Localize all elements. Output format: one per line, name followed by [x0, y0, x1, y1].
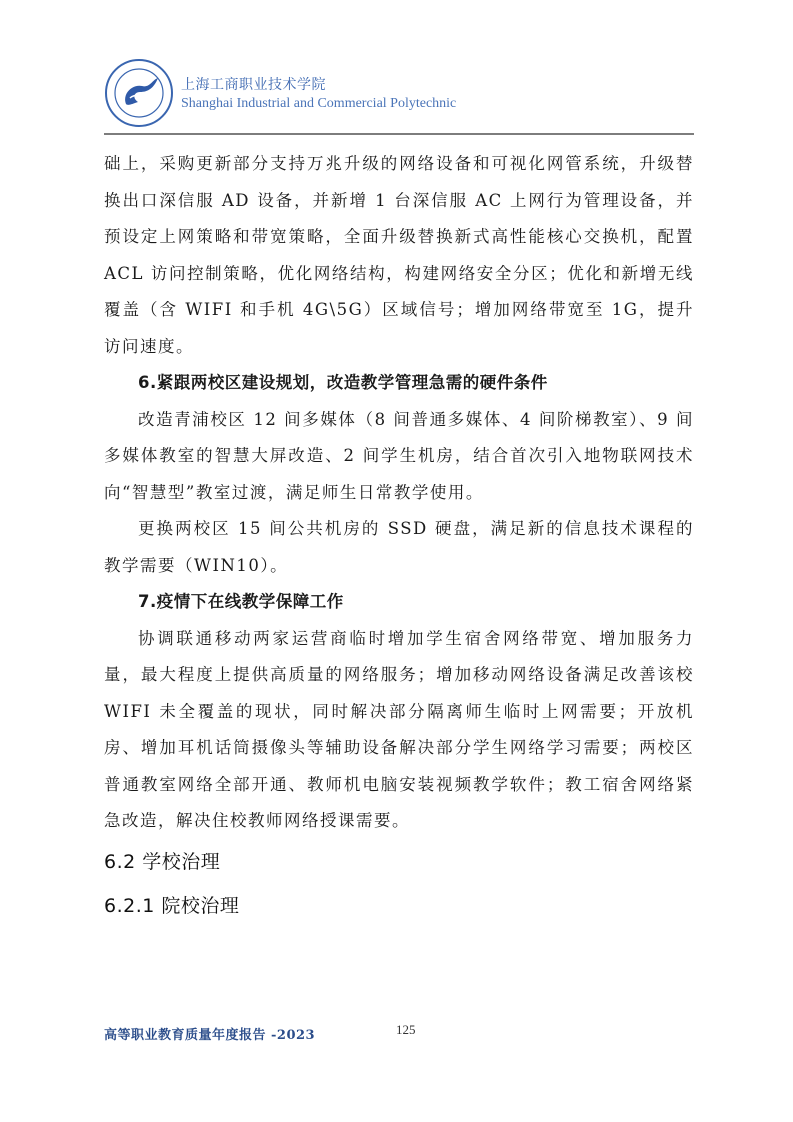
section-heading-6-2: 6.2 学校治理 [104, 840, 694, 884]
subheading-online-teaching: 7.疫情下在线教学保障工作 [104, 584, 694, 621]
school-emblem-icon [104, 58, 174, 128]
school-name-cn: 上海工商职业技术学院 [181, 74, 326, 94]
page-number: 125 [396, 1022, 416, 1038]
paragraph-ssd-replacement: 更换两校区 15 间公共机房的 SSD 硬盘，满足新的信息技术课程的教学需要（W… [104, 511, 694, 584]
footer-report-title: 高等职业教育质量年度报告 -2023 [104, 1024, 315, 1043]
paragraph-network-upgrade: 础上，采购更新部分支持万兆升级的网络设备和可视化网管系统，升级替换出口深信服 A… [104, 146, 694, 365]
section-heading-6-2-1: 6.2.1 院校治理 [104, 884, 694, 928]
paragraph-online-support: 协调联通移动两家运营商临时增加学生宿舍网络带宽、增加服务力量，最大程度上提供高质… [104, 621, 694, 840]
document-body: 础上，采购更新部分支持万兆升级的网络设备和可视化网管系统，升级替换出口深信服 A… [104, 146, 694, 928]
school-name-en: Shanghai Industrial and Commercial Polyt… [181, 96, 456, 112]
paragraph-classroom-renovation: 改造青浦校区 12 间多媒体（8 间普通多媒体、4 间阶梯教室）、9 间多媒体教… [104, 402, 694, 512]
page-header: 上海工商职业技术学院 Shanghai Industrial and Comme… [104, 58, 704, 130]
subheading-hardware: 6.紧跟两校区建设规划，改造教学管理急需的硬件条件 [104, 365, 694, 402]
header-divider [104, 133, 694, 135]
